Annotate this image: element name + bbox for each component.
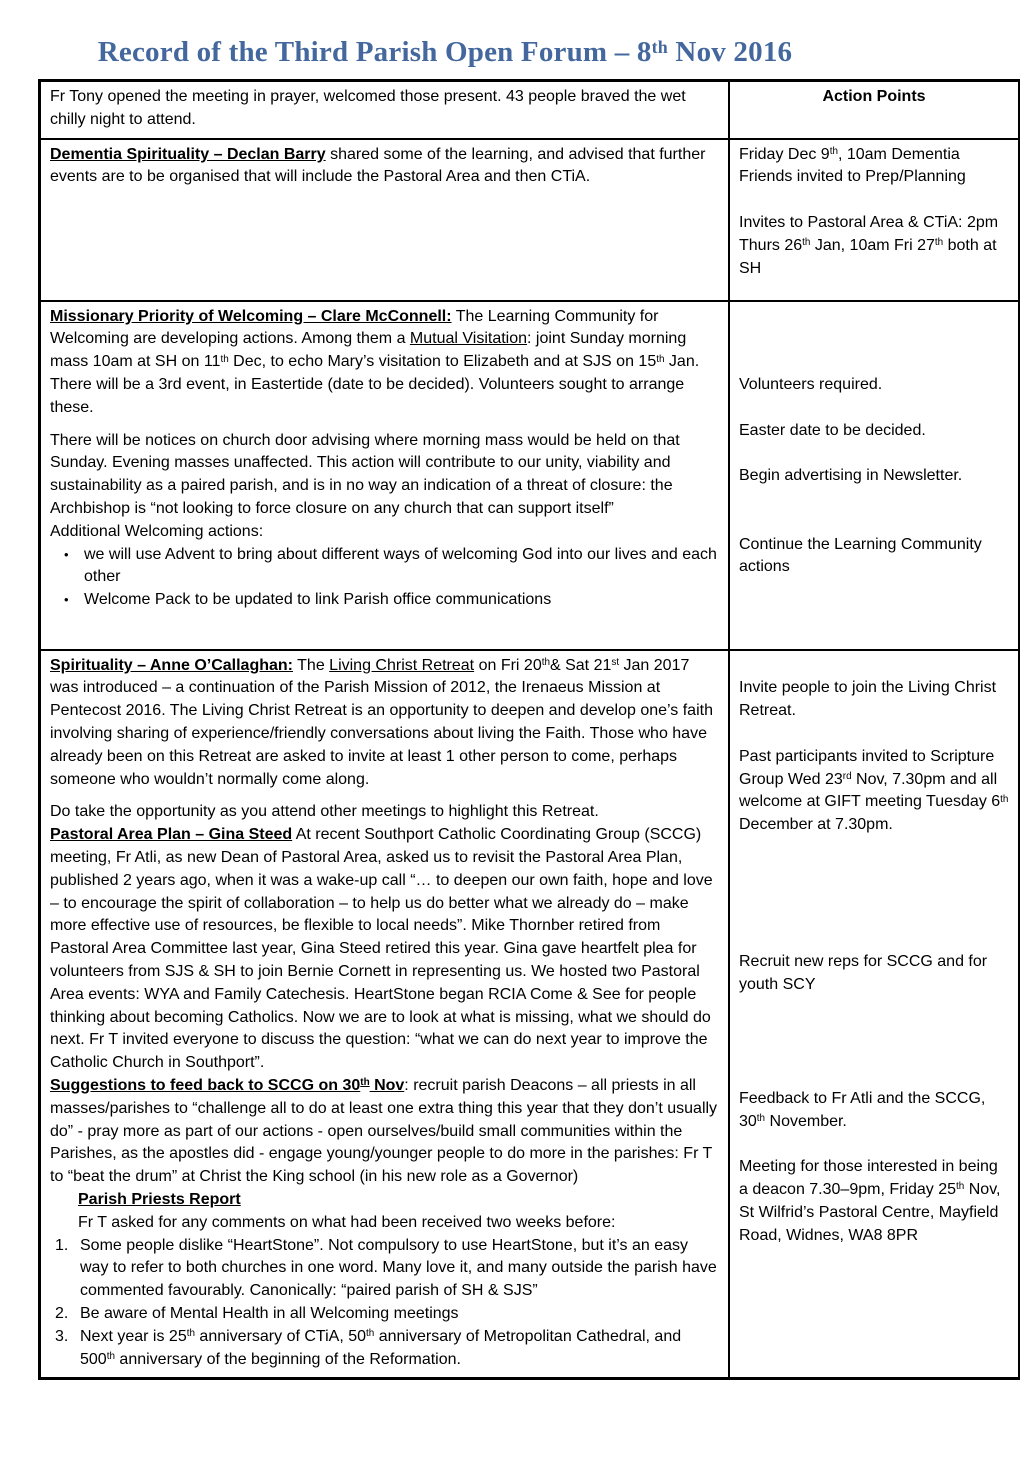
text-run: Spirituality – Anne O’Callaghan: <box>50 657 293 674</box>
minutes-cell: Dementia Spirituality – Declan Barry sha… <box>40 139 730 301</box>
blank-line <box>739 488 1009 511</box>
paragraph: 1.Some people dislike “HeartStone”. Not … <box>50 1235 719 1303</box>
action-points-cell: Invite people to join the Living Christ … <box>729 650 1020 1379</box>
paragraph: •Welcome Pack to be updated to link Pari… <box>50 589 719 612</box>
paragraph: Additional Welcoming actions: <box>50 521 719 544</box>
text-run: Friday Dec 9 <box>739 146 830 163</box>
document-page: Record of the Third Parish Open Forum – … <box>0 36 1020 1479</box>
minutes-cell: Missionary Priority of Welcoming – Clare… <box>40 301 730 650</box>
blank-line <box>739 397 1009 420</box>
table-row: Dementia Spirituality – Declan Barry sha… <box>40 139 1020 301</box>
table-row: Missionary Priority of Welcoming – Clare… <box>40 301 1020 650</box>
paragraph: Parish Priests Report <box>50 1189 719 1212</box>
minutes-table: Fr Tony opened the meeting in prayer, we… <box>38 79 1020 1380</box>
blank-line <box>739 511 1009 534</box>
text-run: Mutual Visitation <box>410 330 527 347</box>
text-run: th <box>802 237 810 248</box>
list-marker: 2. <box>55 1303 68 1326</box>
table-row: Fr Tony opened the meeting in prayer, we… <box>40 81 1020 139</box>
text-run: Dementia Spirituality – Declan Barry <box>50 146 326 163</box>
paragraph: 3.Next year is 25th anniversary of CTiA,… <box>50 1326 719 1372</box>
text-run: Recruit new reps for SCCG and for youth … <box>739 953 987 993</box>
paragraph: Past participants invited to Scripture G… <box>739 746 1009 837</box>
text-run: Fr Tony opened the meeting in prayer, we… <box>50 88 686 128</box>
paragraph: Feedback to Fr Atli and the SCCG, 30th N… <box>739 1088 1009 1134</box>
action-points-cell: Volunteers required. Easter date to be d… <box>729 301 1020 650</box>
text-run: th <box>1000 794 1008 805</box>
text-run: th <box>360 1077 369 1088</box>
paragraph: Fr Tony opened the meeting in prayer, we… <box>50 86 719 132</box>
text-run: & Sat 21 <box>550 657 611 674</box>
text-run: December at 7.30pm. <box>739 816 893 833</box>
text-run: anniversary of the beginning of the Refo… <box>115 1351 461 1368</box>
text-run: th <box>542 657 550 668</box>
text-run: th <box>187 1328 195 1339</box>
paragraph: Pastoral Area Plan – Gina Steed At recen… <box>50 824 719 1075</box>
paragraph: •we will use Advent to bring about diffe… <box>50 544 719 590</box>
text-run: At recent Southport Catholic Coordinatin… <box>50 826 713 1071</box>
blank-line <box>739 860 1009 883</box>
text-run: th <box>956 1181 964 1192</box>
text-run: st <box>611 657 619 668</box>
text-run: Dec, to echo Mary’s visitation to Elizab… <box>229 353 657 370</box>
list-marker: • <box>64 589 69 612</box>
paragraph: Suggestions to feed back to SCCG on 30th… <box>50 1075 719 1189</box>
paragraph: Fr T asked for any comments on what had … <box>50 1212 719 1235</box>
paragraph: Continue the Learning Community actions <box>739 534 1009 580</box>
paragraph: Volunteers required. <box>739 374 1009 397</box>
text-run: th <box>220 354 228 365</box>
paragraph: Meeting for those interested in being a … <box>739 1156 1009 1247</box>
text-run: Living Christ Retreat <box>329 657 474 674</box>
text-run: th <box>656 354 664 365</box>
text-run: There will be notices on church door adv… <box>50 432 680 517</box>
blank-line <box>739 351 1009 374</box>
text-run: th <box>830 146 838 157</box>
text-run: th <box>366 1328 374 1339</box>
text-run: Next year is 25 <box>80 1328 187 1345</box>
paragraph: Begin advertising in Newsletter. <box>739 465 1009 488</box>
list-marker: 1. <box>55 1235 68 1258</box>
text-run: Fr T asked for any comments on what had … <box>78 1214 615 1231</box>
text-run: Nov 2016 <box>668 36 792 68</box>
paragraph: Recruit new reps for SCCG and for youth … <box>739 951 1009 997</box>
action-points-header-cell: Action Points <box>729 81 1020 139</box>
blank-line <box>739 442 1009 465</box>
blank-line <box>739 306 1009 329</box>
text-run: Pastoral Area Plan – Gina Steed <box>50 826 292 843</box>
text-run: th <box>935 237 943 248</box>
text-run: th <box>107 1351 115 1362</box>
blank-line <box>739 1042 1009 1065</box>
blank-line <box>739 1133 1009 1156</box>
blank-line <box>739 837 1009 860</box>
table-row: Spirituality – Anne O’Callaghan: The Liv… <box>40 650 1020 1379</box>
text-run: Missionary Priority of Welcoming – Clare… <box>50 308 452 325</box>
paragraph: Spirituality – Anne O’Callaghan: The Liv… <box>50 655 719 792</box>
minutes-table-body: Fr Tony opened the meeting in prayer, we… <box>40 81 1020 1379</box>
text-run: Some people dislike “HeartStone”. Not co… <box>80 1237 717 1300</box>
minutes-cell: Fr Tony opened the meeting in prayer, we… <box>40 81 730 139</box>
blank-line <box>739 1019 1009 1042</box>
text-run: Suggestions to feed back to SCCG on 30 <box>50 1077 360 1094</box>
text-run: Parish Priests Report <box>78 1191 241 1208</box>
text-run: November. <box>765 1113 847 1130</box>
text-run: Additional Welcoming actions: <box>50 523 263 540</box>
list-marker: • <box>64 544 69 567</box>
minutes-cell: Spirituality – Anne O’Callaghan: The Liv… <box>40 650 730 1379</box>
text-run: th <box>757 1113 765 1124</box>
blank-line <box>739 997 1009 1020</box>
paragraph: Invite people to join the Living Christ … <box>739 677 1009 723</box>
list-marker: 3. <box>55 1326 68 1349</box>
text-run: Volunteers required. <box>739 376 882 393</box>
text-run: Record of the Third Parish Open Forum – … <box>98 36 652 68</box>
paragraph: Easter date to be decided. <box>739 420 1009 443</box>
blank-line <box>739 189 1009 212</box>
text-run: Invite people to join the Living Christ … <box>739 679 996 719</box>
blank-line <box>739 328 1009 351</box>
paragraph: 2.Be aware of Mental Health in all Welco… <box>50 1303 719 1326</box>
text-run: Jan 2017 was introduced – a continuation… <box>50 657 713 788</box>
blank-line <box>739 883 1009 906</box>
paragraph: Friday Dec 9th, 10am Dementia Friends in… <box>739 144 1009 190</box>
text-run: th <box>652 37 668 57</box>
text-run: Begin advertising in Newsletter. <box>739 467 962 484</box>
paragraph: Missionary Priority of Welcoming – Clare… <box>50 306 719 420</box>
text-run: Continue the Learning Community actions <box>739 536 982 576</box>
text-run: Action Points <box>822 88 925 105</box>
text-run: Do take the opportunity as you attend ot… <box>50 803 599 820</box>
action-points-cell: Friday Dec 9th, 10am Dementia Friends in… <box>729 139 1020 301</box>
text-run: rd <box>843 771 852 782</box>
text-run: The <box>293 657 329 674</box>
paragraph: Dementia Spirituality – Declan Barry sha… <box>50 144 719 190</box>
blank-line <box>739 905 1009 928</box>
text-run: Jan, 10am Fri 27 <box>810 237 935 254</box>
blank-line <box>739 723 1009 746</box>
blank-line <box>739 928 1009 951</box>
paragraph: There will be notices on church door adv… <box>50 430 719 521</box>
text-run: Welcome Pack to be updated to link Paris… <box>84 591 551 608</box>
text-run: anniversary of CTiA, 50 <box>195 1328 366 1345</box>
text-run: we will use Advent to bring about differ… <box>84 546 717 586</box>
text-run: on Fri 20 <box>474 657 542 674</box>
paragraph: Do take the opportunity as you attend ot… <box>50 801 719 824</box>
blank-line <box>739 655 1009 678</box>
text-run: Be aware of Mental Health in all Welcomi… <box>80 1305 459 1322</box>
text-run: Easter date to be decided. <box>739 422 926 439</box>
paragraph: Invites to Pastoral Area & CTiA: 2pm Thu… <box>739 212 1009 280</box>
document-title: Record of the Third Parish Open Forum – … <box>40 36 850 69</box>
blank-line <box>739 1065 1009 1088</box>
paragraph: Action Points <box>739 86 1009 109</box>
text-run: Nov <box>370 1077 405 1094</box>
